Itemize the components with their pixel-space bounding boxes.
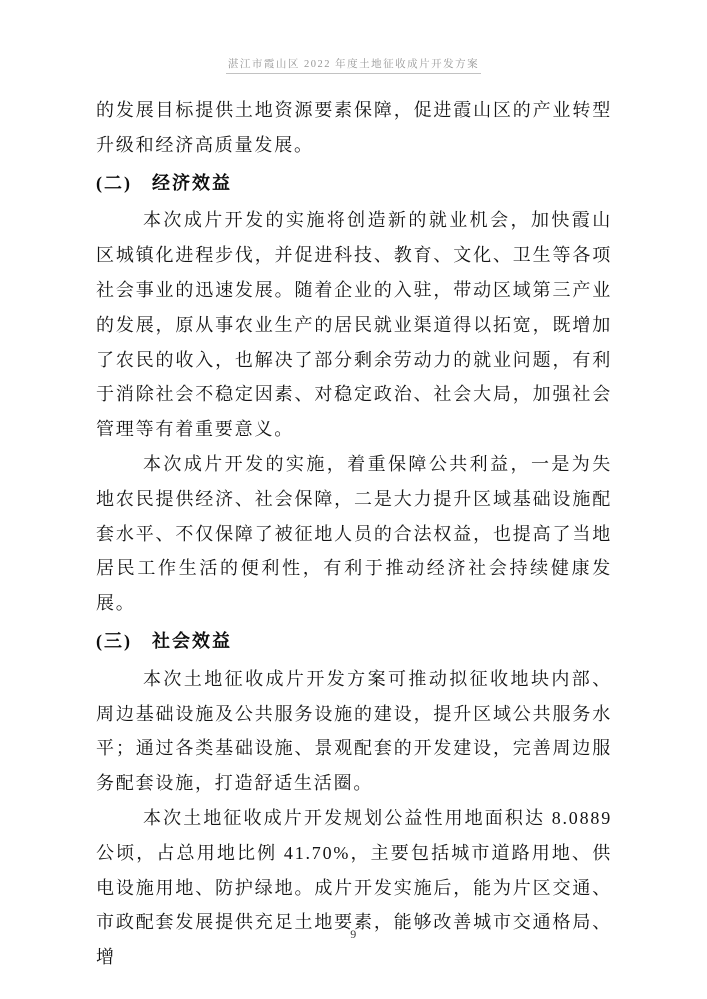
section-heading-social-benefit: (三) 社会效益: [96, 624, 612, 659]
page-header: 湛江市霞山区 2022 年度土地征收成片开发方案: [0, 54, 707, 74]
paragraph-continuation: 的发展目标提供土地资源要素保障，促进霞山区的产业转型升级和经济高质量发展。: [96, 93, 612, 163]
paragraph-economic-2: 本次成片开发的实施，着重保障公共利益，一是为失地农民提供经济、社会保障，二是大力…: [96, 447, 612, 621]
header-title: 湛江市霞山区 2022 年度土地征收成片开发方案: [226, 56, 481, 74]
section-heading-economic-benefit: (二) 经济效益: [96, 166, 612, 201]
paragraph-economic-1: 本次成片开发的实施将创造新的就业机会，加快霞山区城镇化进程步伐，并促进科技、教育…: [96, 203, 612, 447]
paragraph-social-1: 本次土地征收成片开发方案可推动拟征收地块内部、周边基础设施及公共服务设施的建设，…: [96, 662, 612, 801]
page-number: 9: [350, 927, 357, 941]
document-body: 的发展目标提供土地资源要素保障，促进霞山区的产业转型升级和经济高质量发展。 (二…: [96, 93, 612, 975]
paragraph-social-2: 本次土地征收成片开发规划公益性用地面积达 8.0889 公顷，占总用地比例 41…: [96, 801, 612, 975]
document-page: 湛江市霞山区 2022 年度土地征收成片开发方案 的发展目标提供土地资源要素保障…: [0, 0, 707, 999]
page-footer: 9: [0, 925, 707, 943]
